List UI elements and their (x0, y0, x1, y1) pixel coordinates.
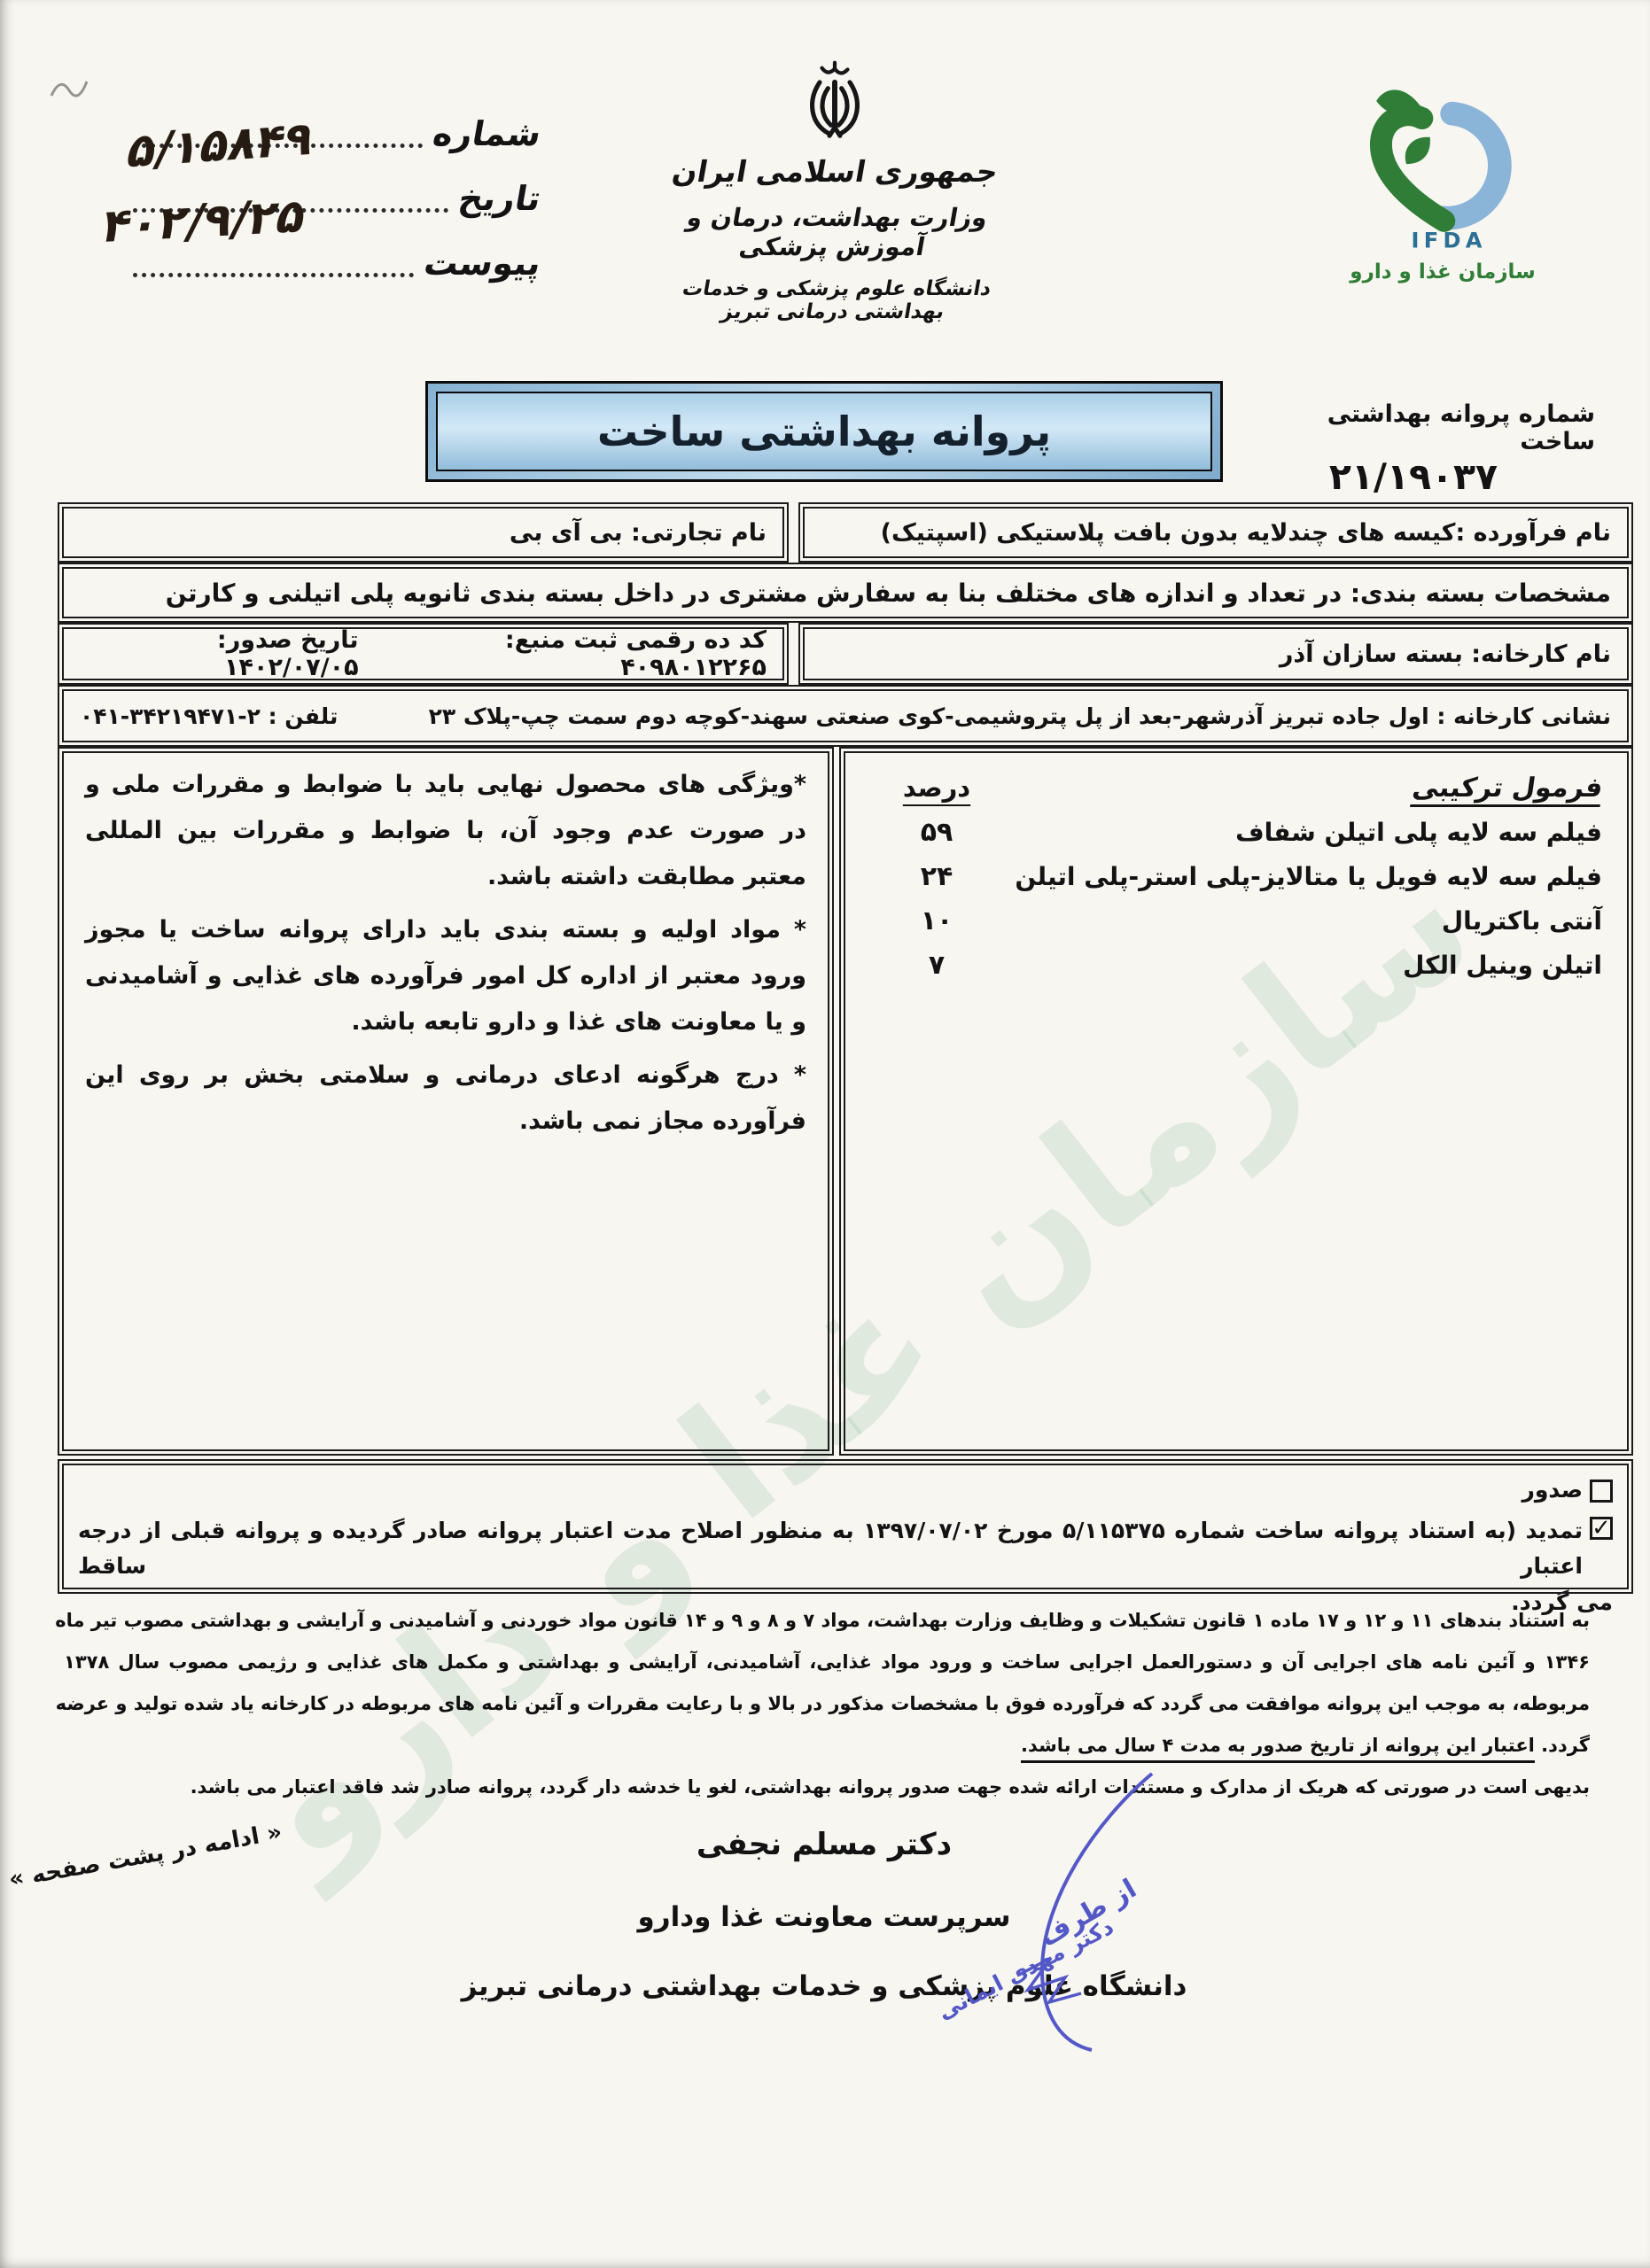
formula-item-name: آنتی باکتریال (1442, 899, 1602, 944)
factory-name: نام کارخانه: بسته سازان آذر (1280, 641, 1611, 668)
note-paragraph: *ویژگی های محصول نهایی باید با ضوابط و م… (85, 762, 806, 900)
formula-item-name: فیلم سه لایه پلی اتیلن شفاف (1235, 811, 1602, 855)
legal-line-1: به استناد بندهای ۱۱ و ۱۲ و ۱۷ ماده ۱ قان… (64, 1600, 1590, 1642)
formula-item-name: اتیلن وینیل الکل (1403, 944, 1602, 988)
source-registration-code: کد ده رقمی ثبت منبع: ۴۰۹۸۰۱۲۲۶۵ (359, 626, 767, 681)
iran-emblem-icon (797, 57, 873, 147)
scan-artifact-mark (46, 67, 92, 105)
check-icon: ✓ (1592, 1517, 1611, 1540)
license-number-value: ۲۱/۱۹۰۳۷ (1303, 455, 1524, 498)
formula-header-row: فرمول ترکیبی درصد (870, 765, 1602, 811)
ifda-logo-icon: IFDA (1356, 69, 1529, 255)
university-title: دانشگاه علوم پزشکی و خدمات بهداشتی درمان… (653, 277, 1016, 323)
legal-line-4-prefix: گردد. (1535, 1735, 1590, 1756)
continued-on-back-note: « ادامه در پشت صفحه » (7, 1819, 284, 1893)
issue-date: تاریخ صدور: ۱۴۰۲/۰۷/۰۵ (80, 626, 359, 681)
registry-number-label: شماره (430, 114, 544, 153)
registry-date-label: تاریخ (455, 179, 544, 218)
renewal-row: ✓ تمدید (به استناد پروانه ساخت شماره ۵/۱… (78, 1513, 1613, 1584)
factory-address: نشانی کارخانه : اول جاده تبریز آذرشهر-بع… (429, 703, 1611, 729)
ifda-org-name: سازمان غذا و دارو (1310, 260, 1576, 283)
formula-item-value: ۷ (870, 944, 1003, 988)
trade-name: نام تجارتی: بی آی بی (510, 519, 767, 547)
packaging-cell: مشخصات بسته بندی: در تعداد و اندازه های … (62, 567, 1629, 618)
issuance-checkbox-unchecked (1590, 1480, 1613, 1503)
code-date-cell: کد ده رقمی ثبت منبع: ۴۰۹۸۰۱۲۲۶۵ تاریخ صد… (62, 627, 784, 680)
formula-item-value: ۵۹ (870, 811, 1003, 855)
validity-statement-underlined: اعتبار این پروانه از تاریخ صدور به مدت ۴… (1021, 1735, 1535, 1763)
factory-name-cell: نام کارخانه: بسته سازان آذر (803, 627, 1629, 680)
issuance-label: صدور (1522, 1477, 1583, 1503)
trade-name-cell: نام تجارتی: بی آی بی (62, 507, 784, 558)
renewal-statement: تمدید (به استناد پروانه ساخت شماره ۵/۱۱۵… (78, 1513, 1583, 1584)
note-paragraph: * مواد اولیه و بسته بندی باید دارای پروا… (85, 907, 806, 1045)
formula-row: آنتی باکتریال ۱۰ (870, 899, 1602, 944)
handwritten-date: ۴۰۲/۹/۲۵ (97, 190, 310, 254)
legal-line-3: مربوطه، به موجب این پروانه موافقت می گرد… (64, 1683, 1590, 1725)
issuance-box: صدور ✓ تمدید (به استناد پروانه ساخت شمار… (62, 1464, 1629, 1589)
legal-line-4: گردد. اعتبار این پروانه از تاریخ صدور به… (64, 1725, 1590, 1767)
note-paragraph: * درج هرگونه ادعای درمانی و سلامتی بخش ب… (85, 1052, 806, 1145)
ifda-acronym: IFDA (1411, 229, 1486, 253)
formula-item-value: ۱۰ (870, 899, 1003, 944)
issuance-row: صدور (78, 1472, 1613, 1506)
title-banner: پروانه بهداشتی ساخت (425, 381, 1223, 482)
formula-row: فیلم سه لایه پلی اتیلن شفاف ۵۹ (870, 811, 1602, 855)
registry-attachment-row: پیوست (133, 243, 541, 283)
legal-line-5: بدیهی است در صورتی که هریک از مدارک و مس… (64, 1767, 1590, 1808)
legal-line-2: ۱۳۴۶ و آئین نامه های اجرایی آن و دستورال… (64, 1642, 1590, 1683)
republic-title: جمهوری اسلامی ایران (669, 154, 1000, 189)
product-name-cell: نام فرآورده :کیسه های چندلایه بدون بافت … (803, 507, 1629, 558)
ifda-logo-block: IFDA سازمان غذا و دارو (1310, 69, 1576, 283)
scanned-license-page: سازمان غذا و دارو شماره تاریخ پیوست ۵/۱۵… (0, 0, 1650, 2268)
formula-item-value: ۲۴ (870, 855, 1003, 899)
percent-column-header: درصد (870, 765, 1003, 810)
formula-row: اتیلن وینیل الکل ۷ (870, 944, 1602, 988)
license-number-label: شماره پروانه بهداشتی ساخت (1241, 400, 1595, 455)
address-cell: نشانی کارخانه : اول جاده تبریز آذرشهر-بع… (62, 689, 1629, 742)
factory-phone: تلفن : ۲-۳۴۲۱۹۴۷۱-۰۴۱ (80, 703, 338, 729)
product-name: نام فرآورده :کیسه های چندلایه بدون بافت … (881, 519, 1611, 547)
registry-attachment-label: پیوست (421, 244, 544, 283)
renewal-checkbox-checked: ✓ (1590, 1517, 1613, 1540)
notes-box: *ویژگی های محصول نهایی باید با ضوابط و م… (62, 751, 829, 1451)
ministry-title: وزارت بهداشت، درمان و آموزش پزشکی (652, 203, 1017, 261)
government-header: جمهوری اسلامی ایران وزارت بهداشت، درمان … (658, 57, 1012, 323)
packaging-spec: مشخصات بسته بندی: در تعداد و اندازه های … (80, 579, 1611, 608)
registry-block: شماره تاریخ پیوست ۵/۱۵۸۴۹ ۴۰۲/۹/۲۵ (133, 113, 541, 307)
formula-row: فیلم سه لایه فویل یا متالایز-پلی استر-پل… (870, 855, 1602, 899)
formula-title: فرمول ترکیبی (1409, 766, 1605, 811)
formula-box: فرمول ترکیبی درصد فیلم سه لایه پلی اتیلن… (844, 751, 1629, 1451)
page-title: پروانه بهداشتی ساخت (436, 392, 1212, 471)
legal-paragraph: به استناد بندهای ۱۱ و ۱۲ و ۱۷ ماده ۱ قان… (64, 1600, 1590, 1808)
formula-item-name: فیلم سه لایه فویل یا متالایز-پلی استر-پل… (1015, 855, 1602, 899)
